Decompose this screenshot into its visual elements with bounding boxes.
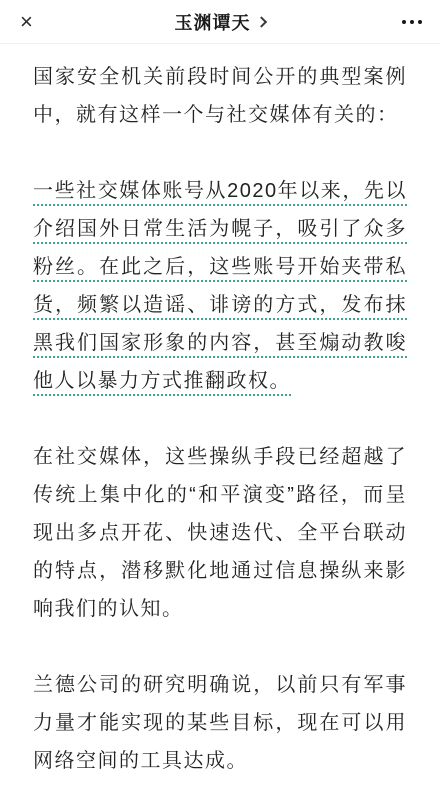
account-title-link[interactable]: 玉渊谭天	[175, 9, 266, 35]
article-paragraph: 国家安全机关前段时间公开的典型案例中，就有这样一个与社交媒体有关的：	[33, 58, 407, 134]
chevron-right-icon	[256, 16, 267, 27]
close-icon[interactable]: ×	[16, 7, 37, 37]
article-paragraph: 兰德公司的研究明确说，以前只有军事力量才能实现的某些目标，现在可以用网络空间的工…	[33, 666, 407, 780]
page-title: 玉渊谭天	[175, 9, 251, 35]
article-paragraph: 在社交媒体，这些操纵手段已经超越了传统上集中化的“和平演变”路径，而呈现出多点开…	[33, 438, 407, 628]
dot	[402, 20, 406, 24]
top-navigation-bar: × 玉渊谭天	[0, 0, 440, 44]
dot	[410, 20, 414, 24]
more-menu-icon[interactable]	[400, 14, 424, 30]
dot	[418, 20, 422, 24]
article-body: 国家安全机关前段时间公开的典型案例中，就有这样一个与社交媒体有关的： 一些社交媒…	[0, 44, 440, 780]
article-paragraph-highlighted[interactable]: 一些社交媒体账号从2020年以来，先以介绍国外日常生活为幌子，吸引了众多粉丝。在…	[33, 172, 407, 400]
